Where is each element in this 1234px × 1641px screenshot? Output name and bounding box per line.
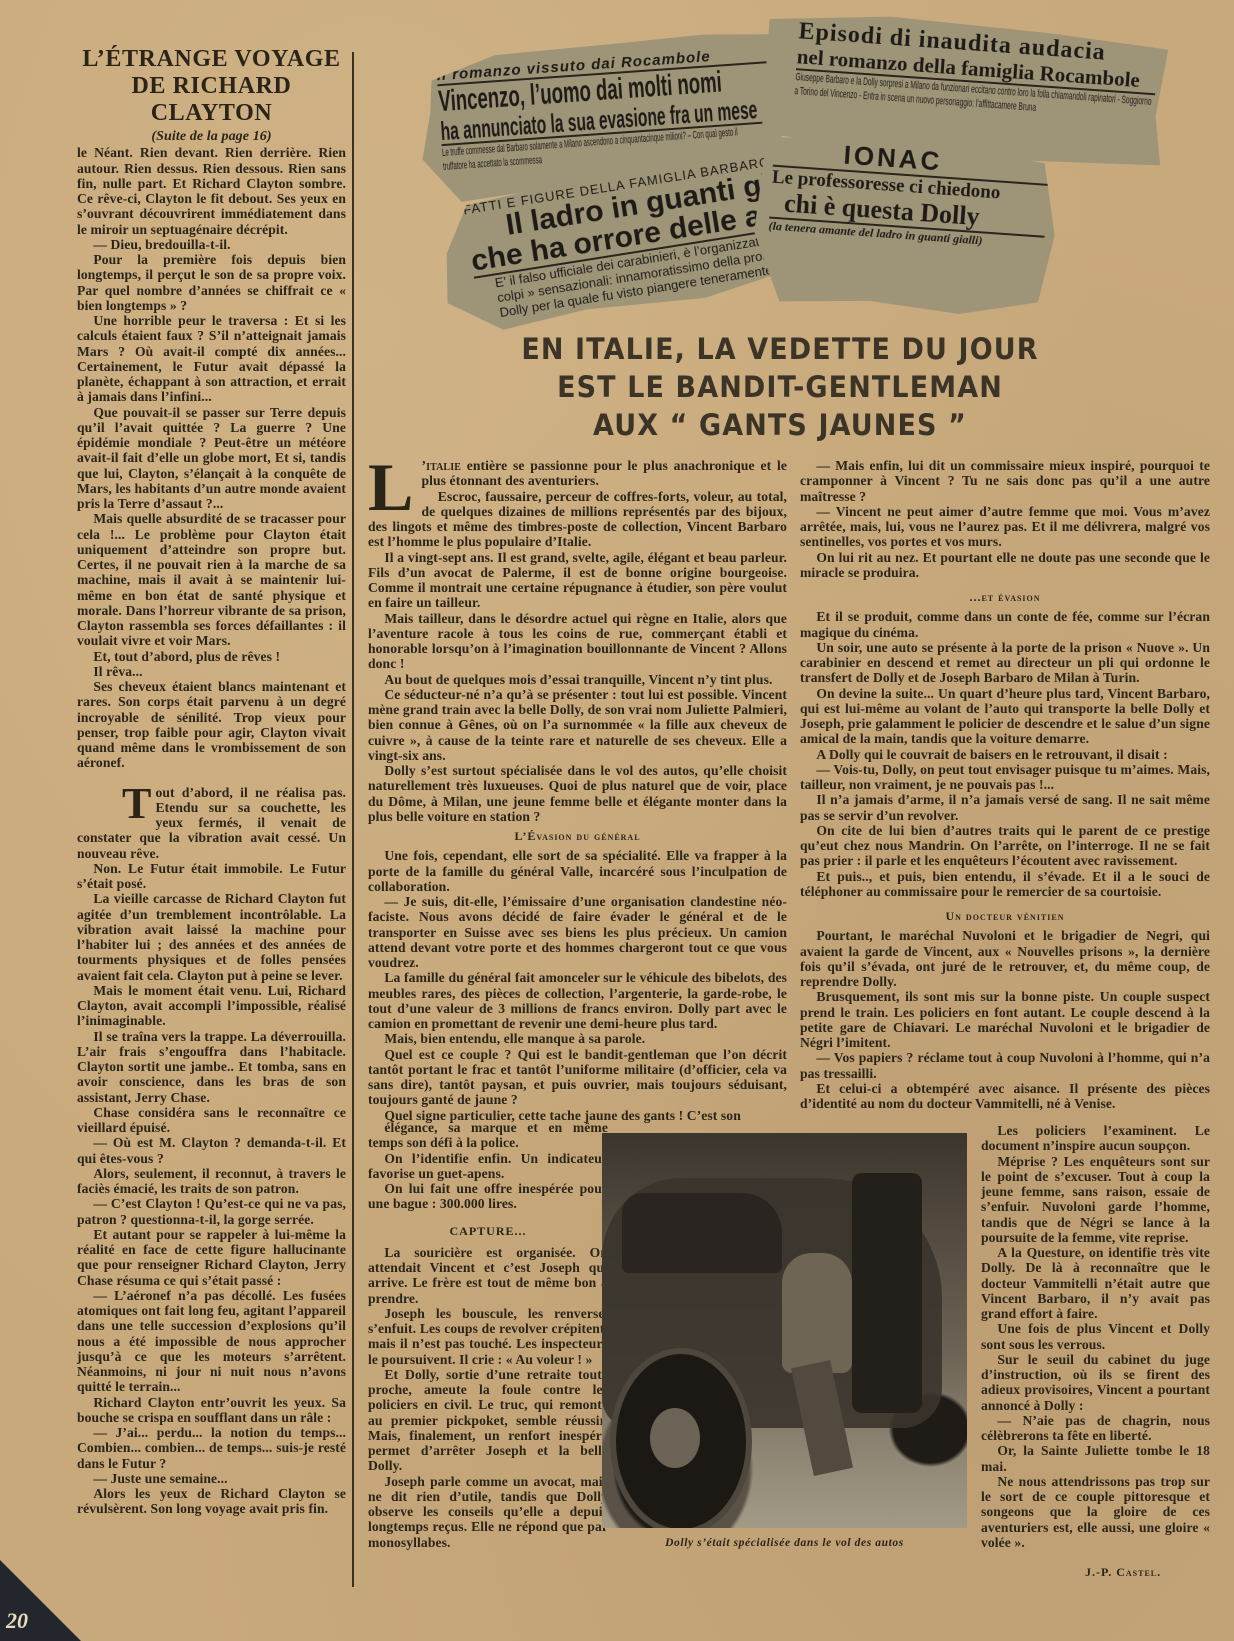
paragraph: Mais, bien entendu, elle manque à sa par… <box>368 1031 787 1046</box>
photo-caption: Dolly s’était spécialisée dans le vol de… <box>602 1537 967 1549</box>
paragraph: — L’aéronef n’a pas décollé. Les fusées … <box>77 1288 346 1395</box>
paragraph: Joseph les bouscule, les renverse, s’enf… <box>368 1306 608 1367</box>
paragraph: — J’ai... perdu... la notion du temps...… <box>77 1425 346 1471</box>
paragraph: Une fois, cependant, elle sort de sa spé… <box>368 848 787 894</box>
paragraph: Non. Le Futur était immobile. Le Futur s… <box>77 861 346 892</box>
paragraph: On cite de lui bien d’autres traits qui … <box>800 823 1210 869</box>
left-article: L’ÉTRANGE VOYAGE DE RICHARD CLAYTON (Sui… <box>77 46 346 1517</box>
left-article-dropcap-paragraph: Tout d’abord, il ne réalisa pas. Etendu … <box>77 785 346 861</box>
paragraph: Il se traîna vers la trappe. La déverrou… <box>77 1029 346 1105</box>
paragraph: — N’aie pas de chagrin, nous célèbrerons… <box>981 1413 1210 1444</box>
headline-line-3: AUX “ GANTS JAUNES ” <box>501 406 1059 444</box>
subhead-et-evasion: ...et évasion <box>800 590 1210 605</box>
paragraph: Un soir, une auto se présente à la porte… <box>800 640 1210 686</box>
hubcap-shape <box>650 1408 700 1468</box>
paragraph: — Juste une semaine... <box>77 1471 346 1486</box>
left-article-body-part1: le Néant. Rien devant. Rien derrière. Ri… <box>77 145 346 770</box>
paragraph: Pourtant, le maréchal Nuvoloni et le bri… <box>800 928 1210 989</box>
title-line-1: L’ÉTRANGE VOYAGE <box>82 46 340 72</box>
left-article-body-part2: Non. Le Futur était immobile. Le Futur s… <box>77 861 346 1517</box>
paragraph: La famille du général fait amonceler sur… <box>368 970 787 1031</box>
paragraph: Sur le seuil du cabinet du juge d’instru… <box>981 1352 1210 1413</box>
paragraph: Et Dolly, sortie d’une retraite toute pr… <box>368 1367 608 1474</box>
right-top-paragraphs: — Mais enfin, lui dit un commissaire mie… <box>800 458 1210 580</box>
headline-line-2: EST LE BANDIT-GENTLEMAN <box>501 368 1059 406</box>
paragraph: — Où est M. Clayton ? demanda-t-il. Et q… <box>77 1135 346 1166</box>
paragraph: Escroc, faussaire, perceur de coffres-fo… <box>368 489 787 550</box>
paragraph: A la Questure, on identifie très vite Do… <box>981 1245 1210 1321</box>
main-article-right-narrow-column: Les policiers l’examinent. Le document n… <box>981 1123 1210 1550</box>
car-door-shape <box>852 1173 922 1413</box>
paragraph: On lui rit au nez. Et pourtant elle ne d… <box>800 550 1210 581</box>
evasion-paragraphs: Et il se produit, comme dans un conte de… <box>800 609 1210 899</box>
intro-paragraphs: Escroc, faussaire, perceur de coffres-fo… <box>368 489 787 825</box>
paragraph: — Mais enfin, lui dit un commissaire mie… <box>800 458 1210 504</box>
paragraph: Mais quelle absurdité de se tracasser po… <box>77 511 346 648</box>
dropcap-paragraph-text: out d’abord, il ne réalisa pas. Etendu s… <box>77 785 346 861</box>
paragraph: Au bout de quelques mois d’essai tranqui… <box>368 672 787 687</box>
right-narrow-paragraphs: Les policiers l’examinent. Le document n… <box>981 1123 1210 1550</box>
paragraph: Il a vingt-sept ans. Il est grand, svelt… <box>368 550 787 611</box>
page-number: 20 <box>6 1608 28 1634</box>
paragraph: Ce séducteur-né n’a qu’à se présenter : … <box>368 687 787 763</box>
paragraph: — Dieu, bredouilla-t-il. <box>77 237 346 252</box>
paragraph: On lui fait une offre inespérée pour une… <box>368 1181 608 1212</box>
paragraph: La vieille carcasse de Richard Clayton f… <box>77 891 346 983</box>
paragraph: Méprise ? Les enquêteurs sont sur le poi… <box>981 1154 1210 1246</box>
paragraph: — Vos papiers ? réclame tout à coup Nuvo… <box>800 1050 1210 1081</box>
continuation-note: (Suite de la page 16) <box>77 129 346 144</box>
title-line-2: DE RICHARD CLAYTON <box>131 73 291 126</box>
drop-cap: L <box>368 460 413 514</box>
newspaper-clippings-collage: Il romanzo vissuto dai Rocambole Vincenz… <box>420 22 1165 317</box>
paragraph: Ses cheveux étaient blancs maintenant et… <box>77 679 346 771</box>
paragraph: — Je suis, dit-elle, l’émissaire d’une o… <box>368 894 787 970</box>
paragraph: Ne nous attendrissons pas trop sur le so… <box>981 1474 1210 1550</box>
left-article-title: L’ÉTRANGE VOYAGE DE RICHARD CLAYTON <box>77 46 346 127</box>
paragraph: — Vois-tu, Dolly, on peut tout envisager… <box>800 762 1210 793</box>
lead-smallcaps: ’italie <box>421 458 461 473</box>
paragraph: Une fois de plus Vincent et Dolly sont s… <box>981 1321 1210 1352</box>
photo-dolly-car <box>602 1133 967 1528</box>
paragraph: Quel est ce couple ? Qui est le bandit-g… <box>368 1047 787 1108</box>
headline-line-1: EN ITALIE, LA VEDETTE DU JOUR <box>501 330 1059 368</box>
paragraph: Mais tailleur, dans le désordre actuel q… <box>368 611 787 672</box>
drop-cap: T <box>122 787 151 821</box>
paragraph: Et il se produit, comme dans un conte de… <box>800 609 1210 640</box>
paragraph: Or, la Sainte Juliette tombe le 18 mai. <box>981 1443 1210 1474</box>
car-window-shape <box>622 1193 782 1273</box>
column-rule <box>352 52 354 1587</box>
main-headline: EN ITALIE, LA VEDETTE DU JOUR EST LE BAN… <box>501 330 1059 444</box>
main-article-left-column: L’italie entière se passionne pour le pl… <box>368 458 787 1123</box>
paragraph: Brusquement, ils sont mis sur la bonne p… <box>800 989 1210 1050</box>
paragraph: A Dolly qui le couvrait de baisers en le… <box>800 747 1210 762</box>
paragraph: Et puis.., et puis, bien entendu, il s’é… <box>800 869 1210 900</box>
paragraph: Une horrible peur le traversa : Et si le… <box>77 313 346 405</box>
subhead-capture: CAPTURE... <box>368 1224 608 1239</box>
subhead-evasion-du-general: L’Évasion du général <box>368 829 787 844</box>
lead-paragraph: L’italie entière se passionne pour le pl… <box>368 458 787 489</box>
paragraph: Alors les yeux de Richard Clayton se rév… <box>77 1486 346 1517</box>
capture-paragraphs: La souricière est organisée. On attendai… <box>368 1245 608 1550</box>
woman-figure-shape <box>782 1253 852 1373</box>
paragraph: La souricière est organisée. On attendai… <box>368 1245 608 1306</box>
paragraph: Richard Clayton entr’ouvrit les yeux. Sa… <box>77 1395 346 1426</box>
paragraph: Mais le moment était venu. Lui, Richard … <box>77 983 346 1029</box>
paragraph: Il n’a jamais d’arme, il n’a jamais vers… <box>800 792 1210 823</box>
docteur-paragraphs: Pourtant, le maréchal Nuvoloni et le bri… <box>800 928 1210 1111</box>
paragraph: Que pouvait-il se passer sur Terre depui… <box>77 405 346 512</box>
lead-text: entière se passionne pour le plus anachr… <box>421 458 787 488</box>
main-article-narrow-column: élégance, sa marque et en même temps son… <box>368 1120 608 1550</box>
paragraph: Et celui-ci a obtempéré avec aisance. Il… <box>800 1081 1210 1112</box>
main-article-right-column: — Mais enfin, lui dit un commissaire mie… <box>800 458 1210 1111</box>
general-paragraphs: Une fois, cependant, elle sort de sa spé… <box>368 848 787 1123</box>
paragraph: Les policiers l’examinent. Le document n… <box>981 1123 1210 1154</box>
paragraph: Alors, seulement, il reconnut, à travers… <box>77 1166 346 1197</box>
narrow-paragraphs: élégance, sa marque et en même temps son… <box>368 1120 608 1212</box>
paragraph: élégance, sa marque et en même temps son… <box>368 1120 608 1151</box>
paragraph: Joseph parle comme un avocat, mais ne di… <box>368 1474 608 1550</box>
paragraph: On l’identifie enfin. Un indicateur favo… <box>368 1151 608 1182</box>
paragraph: Il rêva... <box>77 664 346 679</box>
paragraph: — Vincent ne peut aimer d’autre femme qu… <box>800 504 1210 550</box>
subhead-docteur-venitien: Un docteur vénitien <box>800 909 1210 924</box>
paragraph: Pour la première fois depuis bien longte… <box>77 252 346 313</box>
clipping-dolly: IONAC Le professoresse ci chiedono chi è… <box>749 130 1060 321</box>
paragraph: Et autant pour se rappeler à lui-même la… <box>77 1227 346 1288</box>
paragraph: Dolly s’est surtout spécialisée dans le … <box>368 763 787 824</box>
author-signature: J.-P. Castel. <box>1085 1565 1161 1580</box>
paragraph: Et, tout d’abord, plus de rêves ! <box>77 649 346 664</box>
paragraph: Chase considéra sans le reconnaître ce v… <box>77 1105 346 1136</box>
paragraph: On devine la suite... Un quart d’heure p… <box>800 686 1210 747</box>
paragraph: — C’est Clayton ! Qu’est-ce qui ne va pa… <box>77 1196 346 1227</box>
paragraph: le Néant. Rien devant. Rien derrière. Ri… <box>77 145 346 237</box>
